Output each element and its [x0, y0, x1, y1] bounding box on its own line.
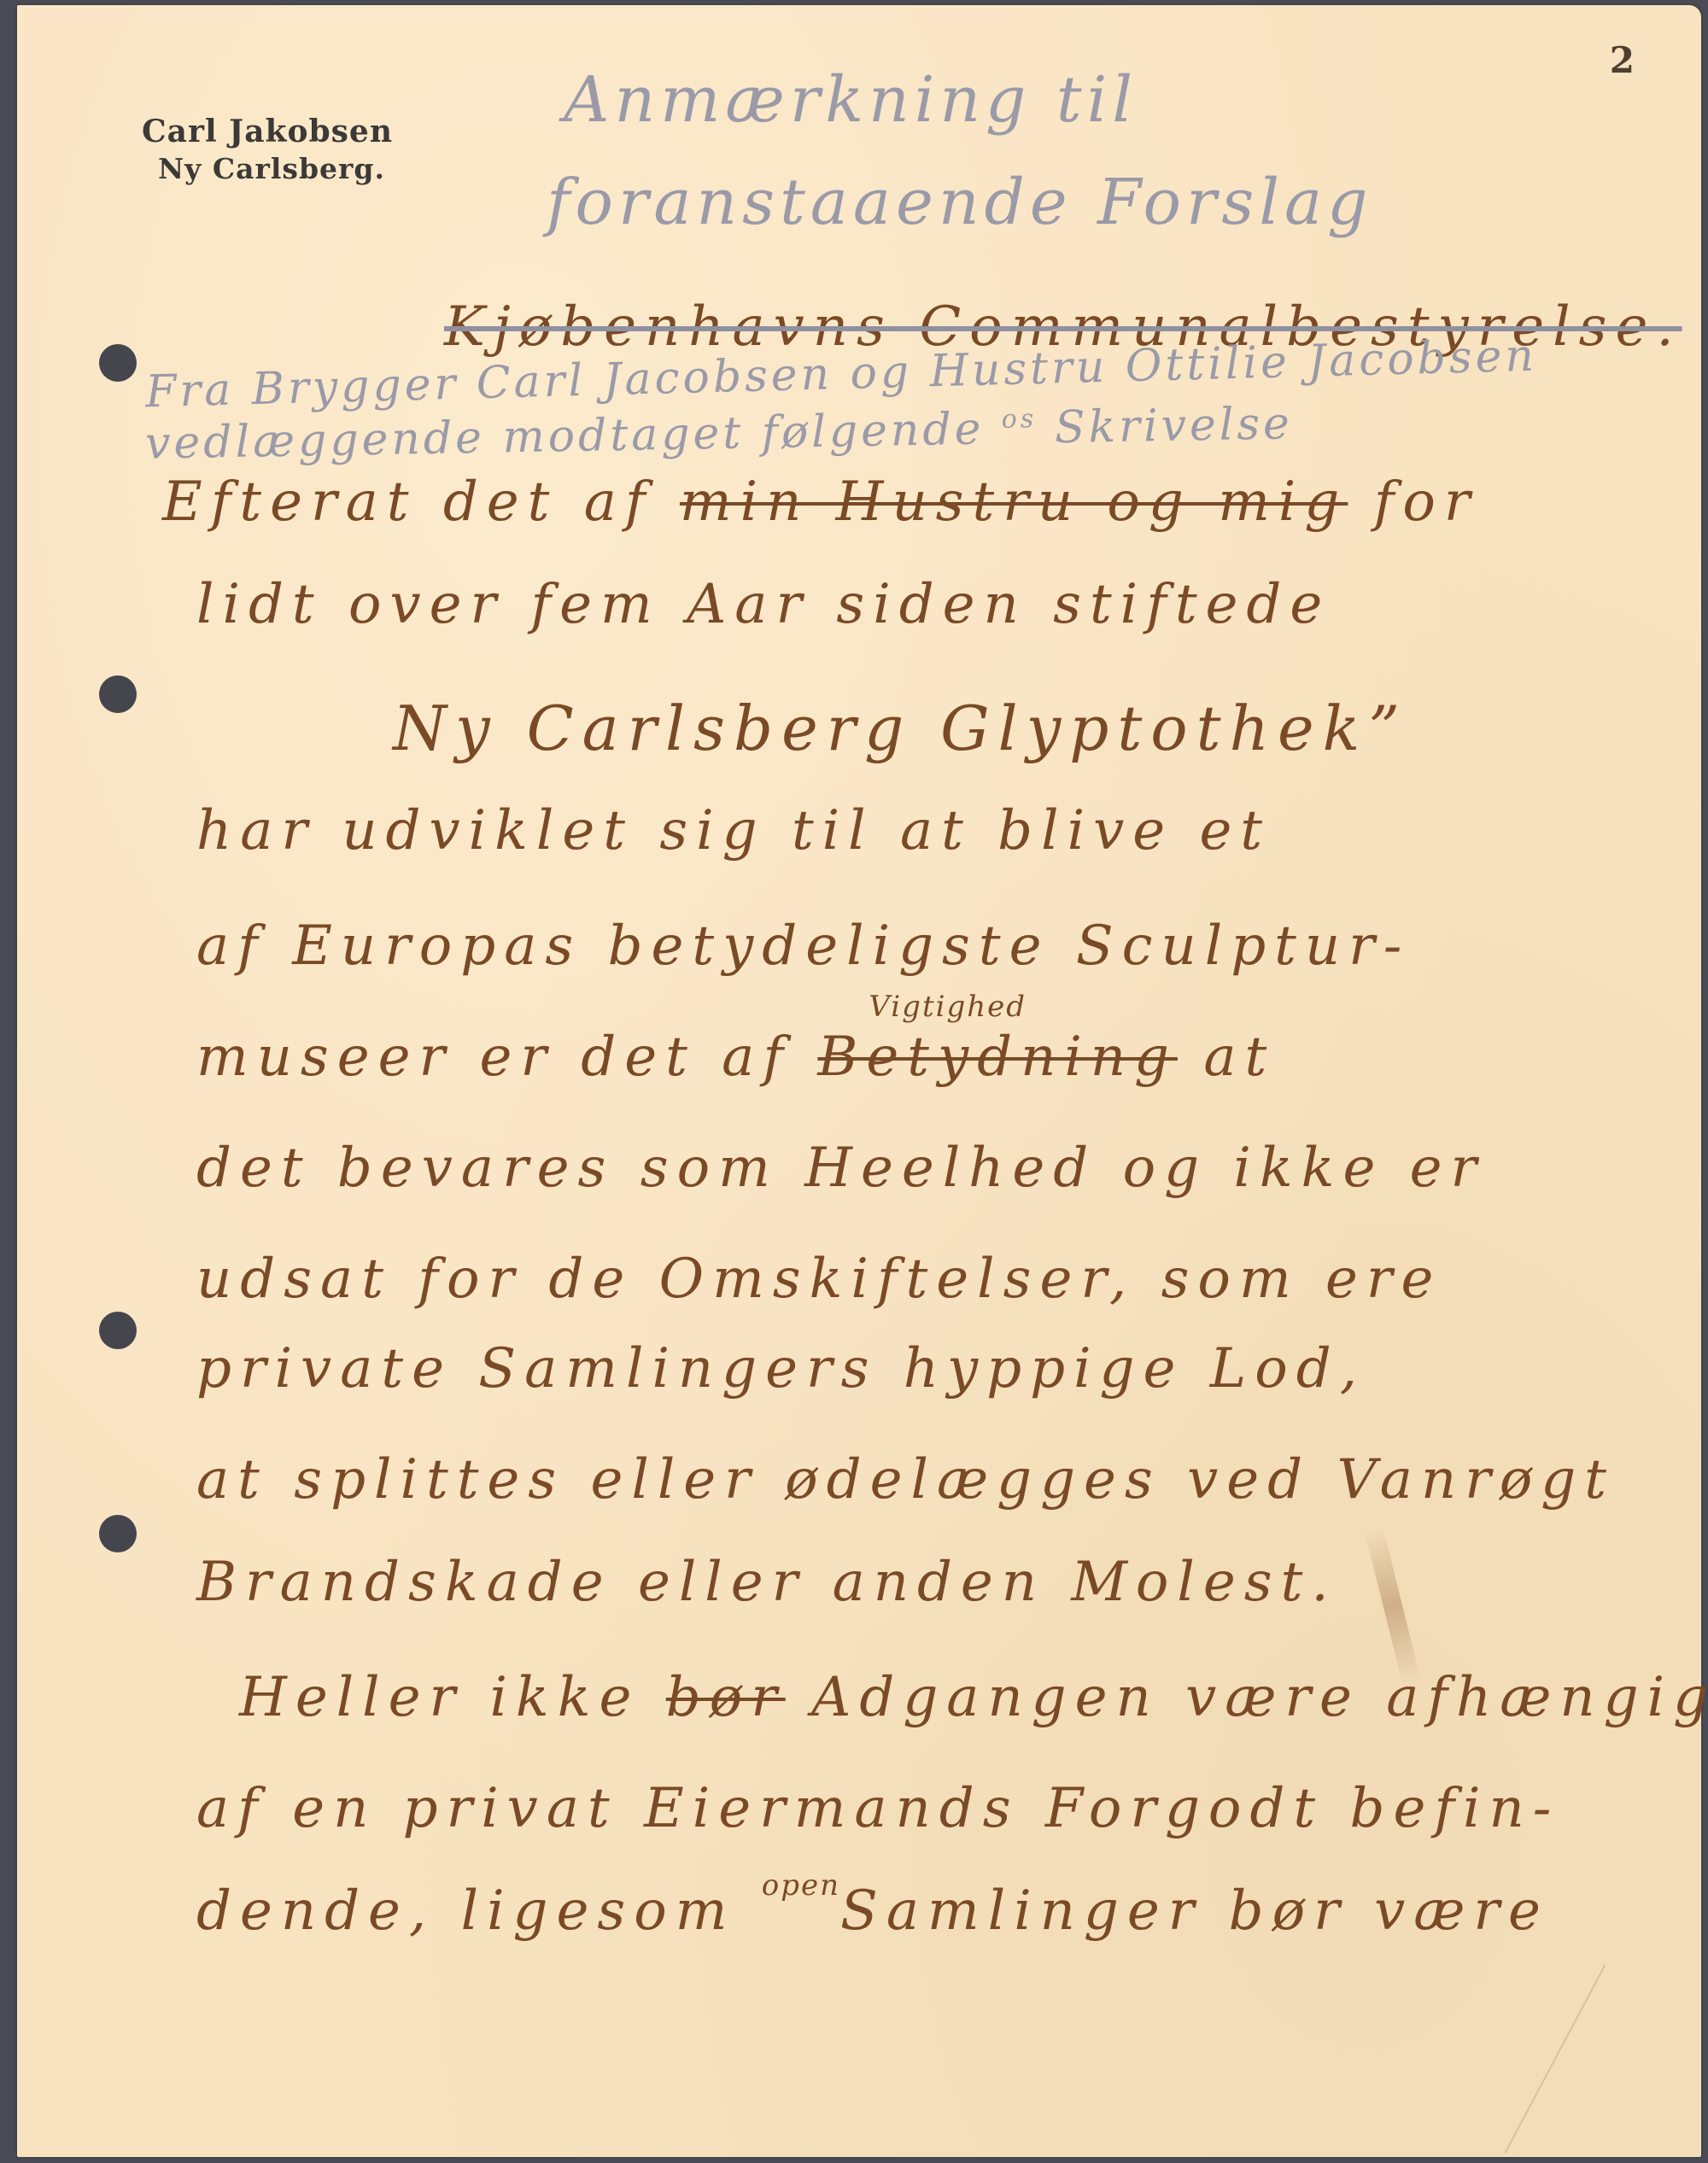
pencil-heading-line2: foranstaaende Forslag: [547, 166, 1373, 239]
body-line-10: at splittes eller ødelægges ved Vanrøgt: [196, 1448, 1615, 1511]
letterhead-place: Ny Carlsberg.: [142, 151, 393, 186]
body-line-11: Brandskade eller anden Molest.: [196, 1551, 1337, 1614]
punch-hole: [99, 1312, 137, 1349]
punch-hole: [99, 344, 137, 382]
page-number: 2: [1610, 39, 1635, 81]
body-line-4: har udviklet sig til at blive et: [196, 799, 1271, 862]
body-line-14: dende, ligesom openSamlinger bør være: [196, 1879, 1549, 1943]
inserted-word: Vigtighed: [869, 990, 1027, 1024]
paper-crease: [1504, 1964, 1606, 2154]
body-line-7: det bevares som Heelhed og ikke er: [196, 1137, 1485, 1200]
body-line-5: af Europas betydeligste Sculptur-: [196, 915, 1410, 978]
ink-stain: [1364, 1525, 1421, 1687]
body-line-9: private Samlingers hyppige Lod,: [196, 1337, 1366, 1400]
body-line-3: Ny Carlsberg Glyptothek”: [393, 693, 1408, 764]
body-line-12: Heller ikke bør Adgangen være afhængig: [239, 1666, 1708, 1729]
struck-text: min Hustru og mig: [680, 471, 1348, 534]
struck-text: Betydning: [817, 1026, 1178, 1089]
body-line-13: af en privat Eiermands Forgodt befin-: [196, 1777, 1559, 1840]
struck-text: bør: [666, 1666, 786, 1729]
body-line-2: lidt over fem Aar siden stiftede: [196, 573, 1331, 636]
letterhead-name: Carl Jakobsen: [142, 113, 393, 151]
pencil-heading-line1: Anmærkning til: [564, 63, 1138, 137]
letter-page: Carl Jakobsen Ny Carlsberg. 2 Anmærkning…: [17, 5, 1701, 2157]
letterhead: Carl Jakobsen Ny Carlsberg.: [142, 113, 393, 186]
punch-hole: [99, 1515, 137, 1552]
body-line-6: museer er det af VigtighedBetydning at: [196, 1026, 1275, 1089]
punch-hole: [99, 675, 137, 713]
inserted-word: open: [762, 1868, 840, 1903]
body-line-1: Efterat det af min Hustru og mig for: [162, 471, 1479, 534]
body-line-8: udsat for de Omskiftelser, som ere: [196, 1248, 1442, 1311]
